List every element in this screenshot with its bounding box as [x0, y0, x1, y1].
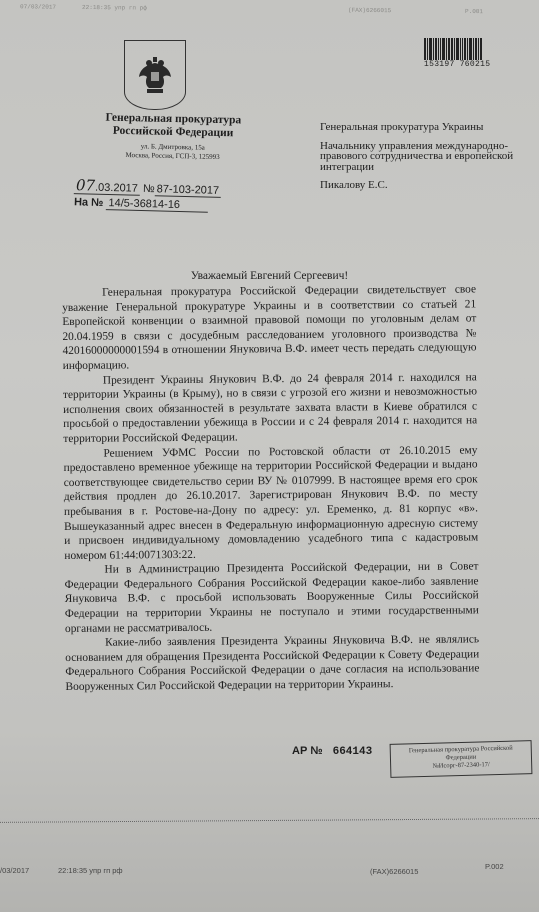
ap-number: АР №664143 [292, 745, 372, 758]
recipient-position: Начальнику управления международно-право… [320, 141, 530, 173]
fax-page: 07/03/2017 22:18:35 упр гп рф (FAX)62660… [0, 0, 539, 912]
reply-reference: На № 14/5-36814-16 [74, 196, 208, 212]
recipient-org: Генеральная прокуратура Украины [320, 122, 530, 133]
paragraph-2: Президент Украины Янукович В.Ф. до 24 фе… [63, 370, 478, 447]
reply-prefix: На № [74, 196, 104, 209]
ap-label: АР № [292, 745, 323, 757]
paragraph-1: Генеральная прокуратура Российской Федер… [62, 282, 477, 373]
page-divider [0, 818, 539, 823]
paragraph-3: Решением УФМС России по Ростовской облас… [63, 443, 478, 563]
barcode: 153197 760215 [424, 38, 500, 68]
registration-stamp: Генеральная прокуратура Российской Федер… [390, 740, 533, 778]
barcode-number: 153197 760215 [424, 60, 500, 69]
fax-top-date: 07/03/2017 [20, 3, 56, 10]
paragraph-5: Какие-либо заявления Президента Украины … [65, 633, 479, 695]
paragraph-4: Ни в Администрацию Президента Российской… [64, 560, 479, 637]
fax-footer-time: 22:18:35 упр гп рф [58, 866, 123, 875]
outgoing-date: .03.2017 [95, 182, 138, 195]
outgoing-number: 87-103-2017 [155, 183, 222, 198]
handwritten-day: 07 [76, 176, 96, 194]
coat-of-arms-icon [124, 40, 186, 110]
reply-number: 14/5-36814-16 [106, 197, 208, 213]
fax-top-page: P.001 [465, 8, 483, 15]
sender-block: Генеральная прокуратура Российской Федер… [78, 111, 269, 163]
recipient-name: Пикалову Е.С. [320, 180, 530, 191]
fax-top-time: 22:18:35 упр гп рф [82, 4, 147, 12]
fax-header-top: 07/03/2017 22:18:35 упр гп рф (FAX)62660… [20, 3, 539, 20]
fax-footer-page: P.002 [485, 862, 504, 871]
number-prefix: № [143, 183, 155, 195]
fax-footer-number: (FAX)6266015 [370, 867, 418, 876]
ap-value: 664143 [333, 746, 373, 758]
letter-body: Генеральная прокуратура Российской Федер… [62, 282, 480, 694]
fax-top-number: (FAX)6266015 [348, 7, 391, 14]
outgoing-reference: 07.03.2017 №87-103-2017 [74, 176, 222, 198]
fax-footer-date: /03/2017 [0, 866, 29, 875]
salutation: Уважаемый Евгений Сергеевич! [0, 270, 539, 282]
barcode-bars [424, 38, 500, 60]
recipient-block: Генеральная прокуратура Украины Начальни… [320, 122, 530, 199]
